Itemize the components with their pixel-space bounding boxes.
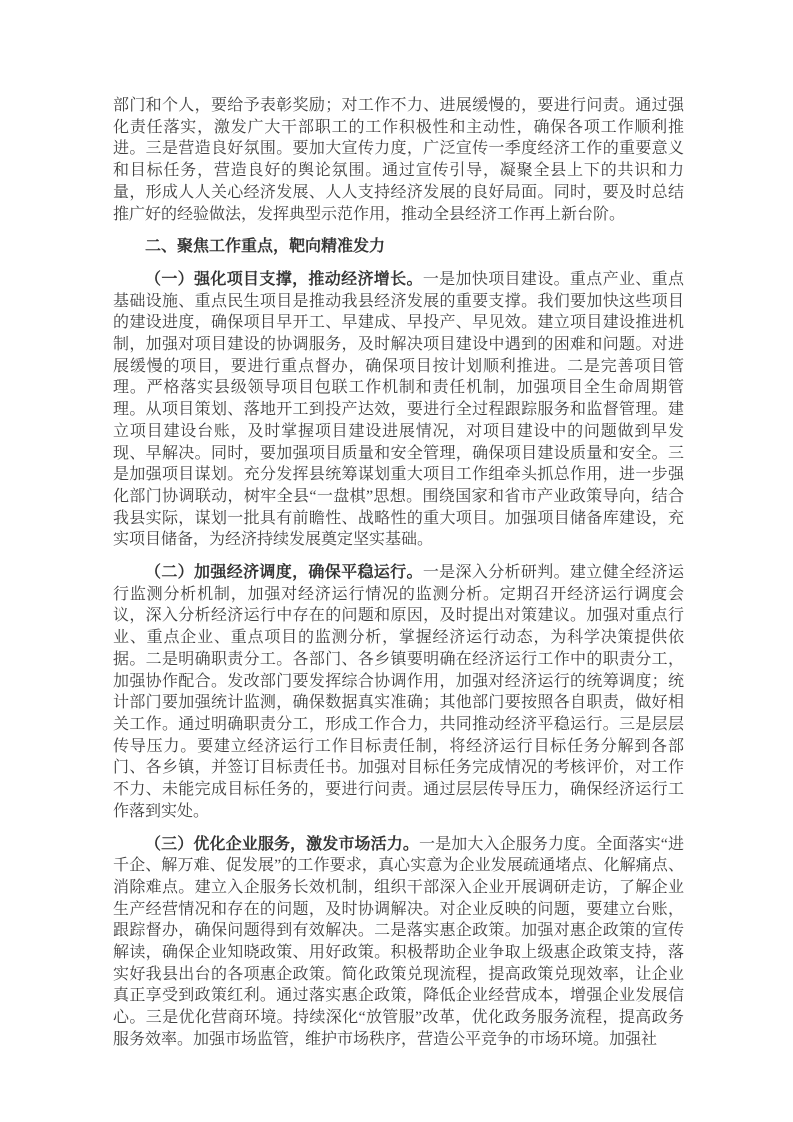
document-page: 部门和个人，要给予表彰奖励；对工作不力、进展缓慢的，要进行问责。通过强化责任落实… xyxy=(0,0,793,1122)
subsection-2-body: 一是深入分析研判。建立健全经济运行监测分析机制，加强对经济运行情况的监测分析。定… xyxy=(113,564,684,820)
subsection-3-lead: （三）优化企业服务，激发市场活力。 xyxy=(145,836,419,853)
subsection-2-lead: （二）加强经济调度，确保平稳运行。 xyxy=(145,564,423,581)
section-heading: 二、聚焦工作重点，靶向精准发力 xyxy=(113,236,684,258)
subsection-1-body: 一是加快项目建设。重点产业、重点基础设施、重点民生项目是推动我县经济发展的重要支… xyxy=(113,271,684,548)
subsection-1-paragraph: （一）强化项目支撑，推动经济增长。一是加快项目建设。重点产业、重点基础设施、重点… xyxy=(113,269,684,551)
subsection-3-body: 一是加大入企服务力度。全面落实“进千企、解万难、促发展”的工作要求，真心实意为企… xyxy=(113,836,684,1048)
continuation-paragraph: 部门和个人，要给予表彰奖励；对工作不力、进展缓慢的，要进行问责。通过强化责任落实… xyxy=(113,95,684,225)
subsection-3-paragraph: （三）优化企业服务，激发市场活力。一是加大入企服务力度。全面落实“进千企、解万难… xyxy=(113,834,684,1051)
subsection-2-paragraph: （二）加强经济调度，确保平稳运行。一是深入分析研判。建立健全经济运行监测分析机制… xyxy=(113,562,684,822)
subsection-1-lead: （一）强化项目支撑，推动经济增长。 xyxy=(145,271,423,288)
